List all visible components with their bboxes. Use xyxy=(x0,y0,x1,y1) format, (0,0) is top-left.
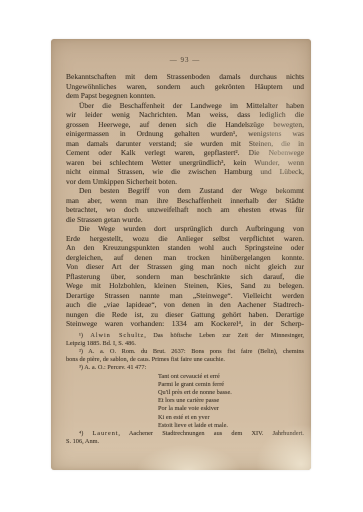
body-text: Bekanntschaften mit dem Strassenboden da… xyxy=(66,72,304,329)
verse-line: Por la male voie eskiver xyxy=(158,405,304,413)
text-line: auch die „viae lapideae“, von denen in d… xyxy=(66,300,304,310)
text-line: Wege mit Holzbohlen, kleinen Steinen, Ki… xyxy=(66,281,304,291)
footnote-1-text: , Das höfische Leben zur Zeit der Minnes… xyxy=(144,332,304,339)
text-line: einigermassen in Ordnung gehalten wurden… xyxy=(66,129,304,139)
footnote-1-line-2: Leipzig 1885. Bd. I, S. 486. xyxy=(66,340,304,348)
text-line: Über die Beschaffenheit der Landwege im … xyxy=(66,101,304,111)
text-line: Die Wege wurden dort ursprünglich durch … xyxy=(66,224,304,234)
text-line: Bekanntschaften mit dem Strassenboden da… xyxy=(66,72,304,82)
text-line: nungen die Rede ist, zu dieser Gattung g… xyxy=(66,310,304,320)
footnote-1-line-1: ¹) Alwin Schultz, Das höfische Leben zur… xyxy=(66,332,304,340)
text-line: grossen Heerwege, auf denen sich die Han… xyxy=(66,120,304,130)
footnotes: ¹) Alwin Schultz, Das höfische Leben zur… xyxy=(66,332,304,447)
text-line: Cement oder Kalk verlegt waren, gepflast… xyxy=(66,148,304,158)
footnote-4-author: Laurent xyxy=(93,430,119,437)
text-line: man aber, wenn man ihre Beschaffenheit i… xyxy=(66,196,304,206)
text-line: Steinwege waren vorhanden: 1334 am Kocke… xyxy=(66,319,304,329)
footnote-4-marker: ⁴) xyxy=(79,430,93,437)
footnote-1-marker: ¹) xyxy=(79,332,90,339)
verse-line: Tant ont cevaucié et erré xyxy=(158,373,304,381)
footnote-4-line-1: ⁴) Laurent, Aachener Stadtrechnungen aus… xyxy=(66,430,304,438)
text-line: die Strassen getan wurde. xyxy=(66,215,304,225)
text-line: wir leider wenig Nachrichten. Man weiss,… xyxy=(66,110,304,120)
footnote-4-line-2: S. 106, Anm. xyxy=(66,438,304,446)
text-line: dergleichen, auf denen man trocken hinüb… xyxy=(66,253,304,263)
verse-line: Parmi le grant cemin ferré xyxy=(158,381,304,389)
book-page: — 93 — Bekanntschaften mit dem Strassenb… xyxy=(51,39,311,470)
text-line: Ungewöhnliches waren, sondern auch gekrö… xyxy=(66,82,304,92)
text-line: Den besten Begriff von dem Zustand der W… xyxy=(66,186,304,196)
scan-light-artifact xyxy=(136,444,241,470)
verse-line: Ki en esté et en yver xyxy=(158,414,304,422)
text-line: vor dem Umkippen Sicherheit boten. xyxy=(66,177,304,187)
text-line: waren bei schlechtem Wetter unergründlic… xyxy=(66,158,304,168)
text-line: dem Papst begegnen konnten. xyxy=(66,91,304,101)
text-line: man damals darunter verstand; sie wurden… xyxy=(66,139,304,149)
footnote-1-author: Alwin Schultz xyxy=(90,332,144,339)
footnote-3-verse: Tant ont cevaucié et erréParmi le grant … xyxy=(66,373,304,430)
verse-line: Estoit lieve et laide et male. xyxy=(158,422,304,430)
text-line: Erde hergestellt, wozu die Anlieger selb… xyxy=(66,234,304,244)
text-line: An den Kreuzungspunkten standen wohl auc… xyxy=(66,243,304,253)
text-line: nicht einmal Strassen, wie die zwischen … xyxy=(66,167,304,177)
page-number: — 93 — xyxy=(66,56,304,64)
text-line: Derartige Strassen nannte man „Steinwege… xyxy=(66,291,304,301)
text-line: Pflasterung über, sondern man beschränkt… xyxy=(66,272,304,282)
text-line: betrachtet, wo doch unzweifelhaft noch a… xyxy=(66,205,304,215)
verse-line: Et lors une carière passe xyxy=(158,397,304,405)
footnote-2-line-1: ²) A. a. O. Rom. du Brut. 2637: Bons pon… xyxy=(66,348,304,356)
text-line: Von dieser Art der Strassen ging man noc… xyxy=(66,262,304,272)
verse-line: Qu'il près ert de nonne basse. xyxy=(158,389,304,397)
footnote-4-text: , Aachener Stadtrechnungen aus dem XIV. … xyxy=(118,430,304,437)
footnote-3-line-1: ³) A. a. O.: Percev. 41 477: xyxy=(66,364,304,372)
